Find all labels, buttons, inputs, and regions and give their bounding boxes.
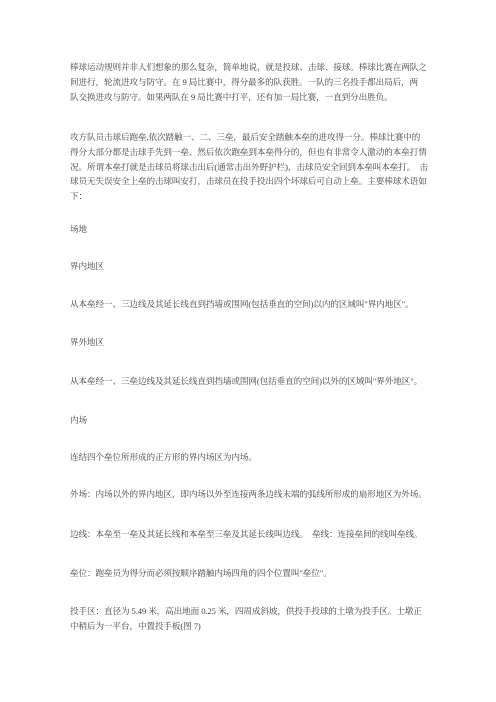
text-line: 队交换进攻与防守。如果两队在 9 局比赛中打平，还有加一局比赛，一直到分出胜负。: [70, 90, 430, 105]
text-line: 外场：内场以外的界内地区，即内场以外至连接两条边线末端的弧线所形成的扇形地区为外…: [70, 487, 430, 502]
paragraph-foul-territory: 从本垒经一、三垒边线及其延长线直到挡墙或围网(包括垂直的空间)以外的区域叫"界外…: [70, 374, 430, 389]
text-line: 从本垒经一、三垒边线及其延长线直到挡墙或围网(包括垂直的空间)以外的区域叫"界外…: [70, 374, 430, 389]
document-page: 棒球运动规则并非人们想象的那么复杂，简单地说，就是投球、击球、接球。棒球比赛在两…: [0, 0, 496, 702]
heading-field: 场地: [70, 222, 430, 237]
paragraph-lines: 边线：本垒至一垒及其延长线和本垒至三垒及其延长线叫边线。 垒线：连接垒间的线叫垒…: [70, 527, 430, 542]
text-line: 况。所谓本垒打就是击球员将球击出后(通常击出外野护栏)，击球员安全回到本垒叫本垒…: [70, 160, 430, 175]
text-line: 中稍后为一平台，中置投手板(图 7): [70, 619, 430, 634]
paragraph-fair-territory: 从本垒经一、三边线及其延长线直到挡墙或围网(包括垂直的空间)以内的区域叫"界内地…: [70, 297, 430, 312]
text-line: 球员无失误安全上垒的击球叫安打，击球员在投手投出四个坏球后可自动上垒。主要棒球术…: [70, 174, 430, 189]
paragraph-gameplay: 攻方队员击球后跑垒,依次踏触一、二、三垒，最后安全踏触本垒的进攻得一分。棒球比赛…: [70, 130, 430, 204]
paragraph-bases: 垒位：跑垒员为得分而必须按顺序踏触内场四角的四个位置叫"垒位"。: [70, 566, 430, 581]
heading-text: 内场: [70, 413, 430, 428]
heading-text: 场地: [70, 222, 430, 237]
text-line: 得分大部分都是击球手先到一垒、然后依次跑垒到本垒得分的，但也有非常令人激动的本垒…: [70, 145, 430, 160]
paragraph-pitcher-mound: 投手区：直径为 5.49 米，高出地面 0.25 米，四周成斜坡，供投手投球的土…: [70, 604, 430, 634]
heading-fair-territory: 界内地区: [70, 259, 430, 274]
text-line: 下：: [70, 189, 430, 204]
text-line: 边线：本垒至一垒及其延长线和本垒至三垒及其延长线叫边线。 垒线：连接垒间的线叫垒…: [70, 527, 430, 542]
text-line: 垒位：跑垒员为得分而必须按顺序踏触内场四角的四个位置叫"垒位"。: [70, 566, 430, 581]
text-line: 投手区：直径为 5.49 米，高出地面 0.25 米，四周成斜坡，供投手投球的土…: [70, 604, 430, 619]
document-body: 棒球运动规则并非人们想象的那么复杂，简单地说，就是投球、击球、接球。棒球比赛在两…: [0, 0, 496, 702]
paragraph-infield: 连结四个垒位所形成的正方形的界内场区为内场。: [70, 450, 430, 465]
heading-text: 界外地区: [70, 335, 430, 350]
heading-foul-territory: 界外地区: [70, 335, 430, 350]
text-line: 连结四个垒位所形成的正方形的界内场区为内场。: [70, 450, 430, 465]
text-line: 间进行，轮流进攻与防守。在 9 局比赛中，得分最多的队获胜。一队的三名投手都出局…: [70, 75, 430, 90]
heading-text: 界内地区: [70, 259, 430, 274]
text-line: 攻方队员击球后跑垒,依次踏触一、二、三垒，最后安全踏触本垒的进攻得一分。棒球比赛…: [70, 130, 430, 145]
paragraph-outfield: 外场：内场以外的界内地区，即内场以外至连接两条边线末端的弧线所形成的扇形地区为外…: [70, 487, 430, 502]
heading-infield: 内场: [70, 413, 430, 428]
text-line: 从本垒经一、三边线及其延长线直到挡墙或围网(包括垂直的空间)以内的区域叫"界内地…: [70, 297, 430, 312]
text-line: 棒球运动规则并非人们想象的那么复杂，简单地说，就是投球、击球、接球。棒球比赛在两…: [70, 60, 430, 75]
paragraph-intro: 棒球运动规则并非人们想象的那么复杂，简单地说，就是投球、击球、接球。棒球比赛在两…: [70, 60, 430, 104]
